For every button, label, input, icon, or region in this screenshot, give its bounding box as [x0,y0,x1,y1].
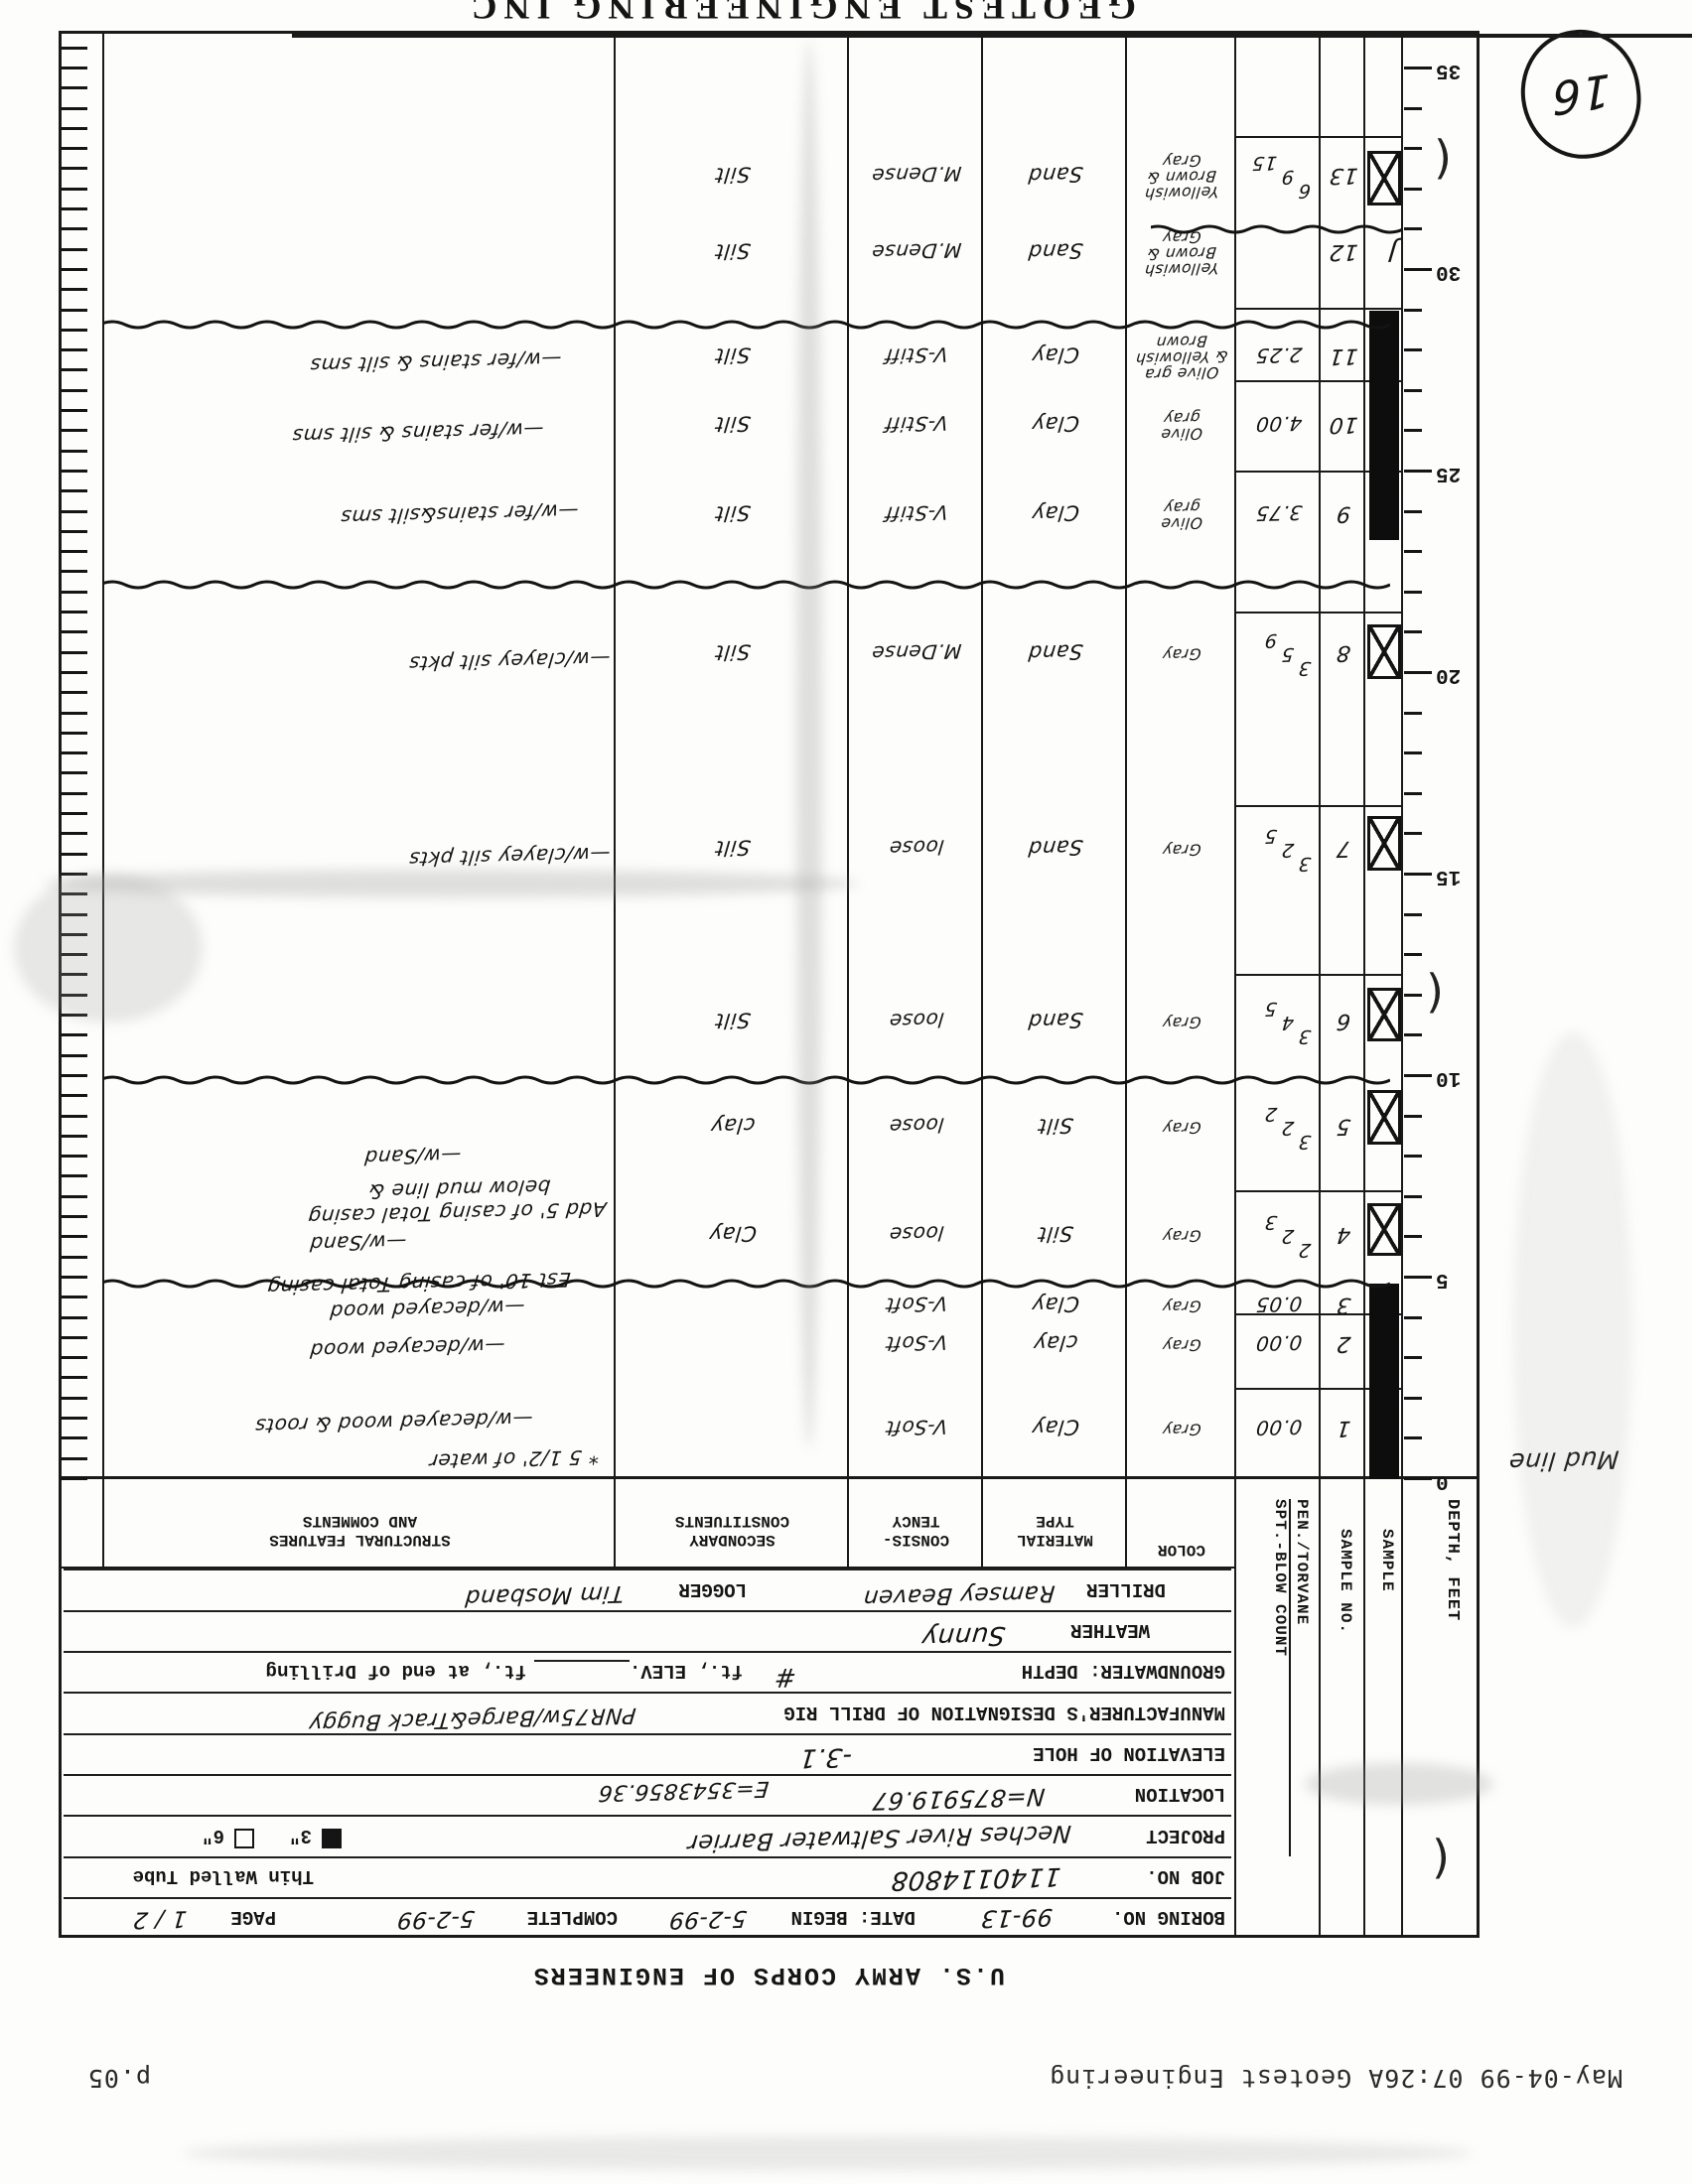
margin-tick [62,772,87,775]
depth-tick [1404,994,1422,997]
secondary-value: Silt [666,638,800,665]
spt-blow-count: 2 [1280,1225,1295,1247]
margin-tick [62,227,87,230]
structural-comment: —w/decayed wood & roots [254,1408,534,1438]
color-value: Gray [1128,1335,1235,1356]
structural-comment: * 5 1/2' of water [428,1444,600,1472]
margin-tick [62,611,87,614]
color-value: Gray [1128,1117,1235,1138]
margin-tick [62,86,87,89]
margin-tick [62,510,87,513]
margin-tick [62,1296,87,1298]
depth-tick [1404,591,1422,594]
margin-tick [62,1195,87,1198]
letterhead: GEOTEST ENGINEERING INC [465,0,1136,28]
margin-tick [62,47,87,50]
margin-tick [62,248,87,251]
depth-tick [1404,510,1422,513]
margin-tick [62,1356,87,1359]
margin-tick [62,107,87,110]
consistency-value: loose [850,834,984,861]
sample-no: 4 [1325,1222,1363,1248]
sample-row-divider [1236,136,1403,138]
structural-comment: —w/Sand [363,1144,463,1170]
depth-tick [1404,550,1422,553]
depth-tick [1404,630,1422,633]
structural-comment: —w/fer stains&silt sms [340,499,580,529]
depth-label: 30 [1436,260,1480,283]
depth-tick [1404,1276,1432,1279]
structural-comment: —w/clayey silt pkts [408,842,612,871]
sample-no: 5 [1325,1113,1363,1139]
depth-tick [1404,1074,1432,1077]
depth-tick [1404,348,1422,351]
sample-row-divider [1236,975,1403,977]
sample-x-box [1367,1090,1401,1145]
margin-tick [62,1336,87,1339]
pen-torvane-value: 0.00 [1246,1330,1313,1356]
depth-tick [1404,227,1422,230]
stratum-boundary-line [103,577,1390,593]
material-value: Sand [985,161,1127,189]
margin-tick [62,1457,87,1460]
depth-tick [1404,1195,1422,1198]
margin-tick [62,832,87,835]
sample-no: 9 [1325,500,1363,526]
structural-comment: Add 5' of casing Total casing [307,1197,608,1229]
consistency-value: V-Soft [850,1415,984,1441]
color-value: Gray [1128,1297,1235,1317]
margin-tick [62,1215,87,1218]
margin-tick [62,309,87,312]
margin-tick [62,1417,87,1420]
margin-tick [62,853,87,856]
margin-tick [62,288,87,291]
material-value: clay [985,1329,1127,1357]
structural-comment: —w/fer stains & silt sms [291,418,545,449]
secondary-value: Silt [666,411,800,438]
sample-row-divider [1236,1190,1403,1192]
spt-blow-count: 3 [1297,852,1312,874]
consistency-value: M.Dense [850,161,984,188]
consistency-value: V-Soft [850,1329,984,1356]
color-value: Gray [1128,839,1235,860]
rotated-sheet: May-04-99 07:26A Geotest Engineering p.0… [0,0,1692,2184]
depth-tick [1404,67,1432,69]
depth-tick [1404,389,1422,392]
depth-tick [1404,1397,1422,1400]
sample-no: 2 [1325,1331,1363,1357]
consistency-value: V-Soft [850,1292,984,1318]
spt-blow-count: 15 [1251,151,1278,174]
material-value: Silt [985,1112,1127,1140]
secondary-value: Silt [666,342,800,369]
color-value: Gray [1128,1013,1235,1033]
margin-tick [62,1033,87,1036]
scan-smudge [1305,1763,1493,1805]
secondary-value: Silt [666,834,800,861]
sample-no: 6 [1325,1009,1363,1034]
sample-no: 13 [1325,162,1363,188]
depth-tick [1404,792,1422,795]
log-data-layer: 05101520253035J10.00GrayClayV-Soft20.00G… [0,0,1692,2184]
margin-tick [62,188,87,191]
margin-tick [62,1175,87,1178]
sample-no: 8 [1325,639,1363,665]
depth-tick [1404,309,1422,312]
material-value: Silt [985,1221,1127,1249]
depth-label: 0 [1436,1469,1480,1492]
sample-bar [1369,311,1399,540]
margin-tick [62,550,87,553]
depth-tick [1404,1477,1432,1480]
margin-tick [62,691,87,694]
margin-tick [62,1235,87,1238]
margin-tick [62,1436,87,1439]
margin-tick [62,792,87,795]
depth-tick [1404,188,1422,191]
secondary-value: clay [666,1112,800,1139]
material-value: Clay [985,1292,1127,1319]
pen-torvane-value: 0.00 [1246,1415,1313,1440]
secondary-value: Silt [666,161,800,188]
spt-blow-count: 3 [1297,1025,1312,1047]
pen-torvane-value: 4.00 [1246,411,1313,437]
margin-tick [62,651,87,654]
margin-tick [62,712,87,715]
margin-tick [62,630,87,633]
depth-tick [1404,712,1422,715]
margin-tick [62,530,87,533]
stratum-boundary-line [103,1072,1390,1088]
sample-row-divider [1236,612,1403,614]
margin-tick [62,1094,87,1097]
consistency-value: M.Dense [850,237,984,264]
spt-blow-count: 2 [1280,838,1295,860]
scan-smudge [1513,1032,1632,1628]
depth-label: 25 [1436,462,1480,484]
margin-tick [62,348,87,351]
material-value: Sand [985,237,1127,265]
margin-tick [62,207,87,210]
depth-tick [1404,671,1432,674]
depth-label: 10 [1436,1066,1480,1089]
consistency-value: loose [850,1221,984,1248]
color-value: Brown [1128,332,1235,352]
sample-x-box [1367,151,1401,205]
spt-blow-count: 9 [1263,629,1278,651]
depth-tick [1404,1316,1422,1319]
color-value: gray [1128,496,1235,517]
material-value: Clay [985,1414,1127,1441]
margin-tick [62,1256,87,1259]
margin-tick [62,591,87,594]
material-value: Clay [985,341,1127,369]
margin-tick [62,329,87,332]
sample-x-box [1367,1203,1401,1256]
margin-tick [62,1316,87,1319]
depth-tick [1404,429,1422,432]
color-value: Gray [1128,643,1235,664]
spt-blow-count: 3 [1297,1131,1312,1153]
scan-smudge [183,2136,1474,2170]
depth-tick [1404,751,1422,754]
structural-comment: —w/Sand [309,1230,408,1257]
margin-tick [62,409,87,412]
scan-smudge [14,874,203,1023]
margin-tick [62,389,87,392]
spt-blow-count: 3 [1263,1211,1278,1233]
sample-jar-mark: J [1386,236,1397,266]
margin-tick [62,1115,87,1118]
pen-torvane-value: 2.25 [1246,342,1313,368]
sample-no: 11 [1325,343,1363,369]
depth-tick [1404,953,1422,956]
margin-tick [62,429,87,432]
margin-tick [62,1377,87,1380]
depth-tick [1404,1155,1422,1158]
spt-blow-count: 5 [1280,643,1295,665]
margin-tick [62,1074,87,1077]
consistency-value: V-Stiff [850,411,984,438]
depth-tick [1404,832,1422,835]
spt-blow-count: 6 [1297,179,1312,201]
secondary-value: Clay [666,1221,800,1248]
consistency-value: M.Dense [850,638,984,665]
sample-no: 12 [1325,238,1363,264]
margin-tick [62,369,87,372]
material-value: Sand [985,638,1127,666]
margin-tick [62,812,87,815]
depth-tick [1404,1235,1422,1238]
margin-tick [62,1397,87,1400]
margin-tick [62,751,87,754]
consistency-value: V-Stiff [850,342,984,369]
sample-no: 7 [1325,835,1363,861]
depth-tick [1404,107,1422,110]
sample-x-box [1367,988,1401,1042]
margin-tick [62,147,87,150]
scan-smudge [796,40,822,1449]
structural-comment: —w/decayed wood [329,1296,525,1324]
secondary-value: Silt [666,237,800,264]
structural-comment: —w/decayed wood [309,1334,505,1363]
margin-tick [62,168,87,171]
margin-tick [62,1054,87,1057]
material-value: Sand [985,1007,1127,1034]
depth-tick [1404,268,1432,271]
structural-comment: below mud line & [367,1174,552,1203]
consistency-value: loose [850,1112,984,1139]
structural-comment: —w/fer stains & silt sms [309,347,563,378]
color-value: gray [1128,408,1235,429]
stratum-boundary-line [103,1276,1390,1292]
scanned-boring-log-page: May-04-99 07:26A Geotest Engineering p.0… [0,0,1692,2184]
pen-torvane-value: 0.05 [1246,1293,1313,1318]
depth-label: 35 [1436,59,1480,81]
spt-blow-count: 5 [1263,998,1278,1020]
depth-tick [1404,1356,1422,1359]
spt-blow-count: 2 [1297,1239,1312,1261]
margin-tick [62,470,87,473]
margin-tick [62,67,87,69]
margin-tick [62,1477,87,1480]
margin-tick [62,268,87,271]
spt-blow-count: 9 [1280,165,1295,187]
depth-tick [1404,1033,1422,1036]
depth-label: 5 [1436,1268,1480,1291]
consistency-value: loose [850,1007,984,1033]
sample-no: 1 [1325,1416,1363,1441]
sample-bar [1369,1284,1399,1479]
spt-blow-count: 2 [1263,1103,1278,1125]
material-value: Sand [985,834,1127,862]
depth-tick [1404,1436,1422,1439]
sample-no: 3 [1325,1293,1363,1318]
margin-tick [62,1276,87,1279]
depth-label: 15 [1436,865,1480,887]
margin-tick [62,1155,87,1158]
color-value: Gray [1128,150,1235,171]
sample-row-divider [1236,805,1403,807]
sample-no: 10 [1325,412,1363,438]
material-value: Clay [985,410,1127,438]
depth-tick [1404,913,1422,916]
consistency-value: V-Stiff [850,499,984,526]
secondary-value: Silt [666,499,800,526]
margin-tick [62,489,87,492]
depth-label: 20 [1436,663,1480,686]
depth-tick [1404,147,1422,150]
stratum-boundary-line [1151,221,1403,237]
margin-tick [62,571,87,574]
spt-blow-count: 4 [1280,1012,1295,1033]
sample-row-divider [1236,308,1403,310]
margin-tick [62,127,87,130]
sample-x-box [1367,624,1401,679]
pen-torvane-value: 3.75 [1246,500,1313,526]
margin-tick [62,1135,87,1138]
depth-tick [1404,873,1432,876]
margin-tick [62,671,87,674]
spt-blow-count: 3 [1297,657,1312,679]
spt-blow-count: 2 [1280,1117,1295,1139]
material-value: Clay [985,499,1127,527]
margin-tick [62,450,87,453]
stratum-boundary-line [103,317,1390,333]
depth-tick [1404,470,1432,473]
depth-tick [1404,1115,1422,1118]
color-value: Gray [1128,1420,1235,1440]
spt-blow-count: 5 [1263,824,1278,846]
structural-comment: —w/clayey silt pkts [408,646,612,675]
sample-x-box [1367,816,1401,871]
letterhead-rule [292,34,1692,38]
color-value: Gray [1128,1226,1235,1247]
margin-tick [62,732,87,735]
secondary-value: Silt [666,1007,800,1033]
